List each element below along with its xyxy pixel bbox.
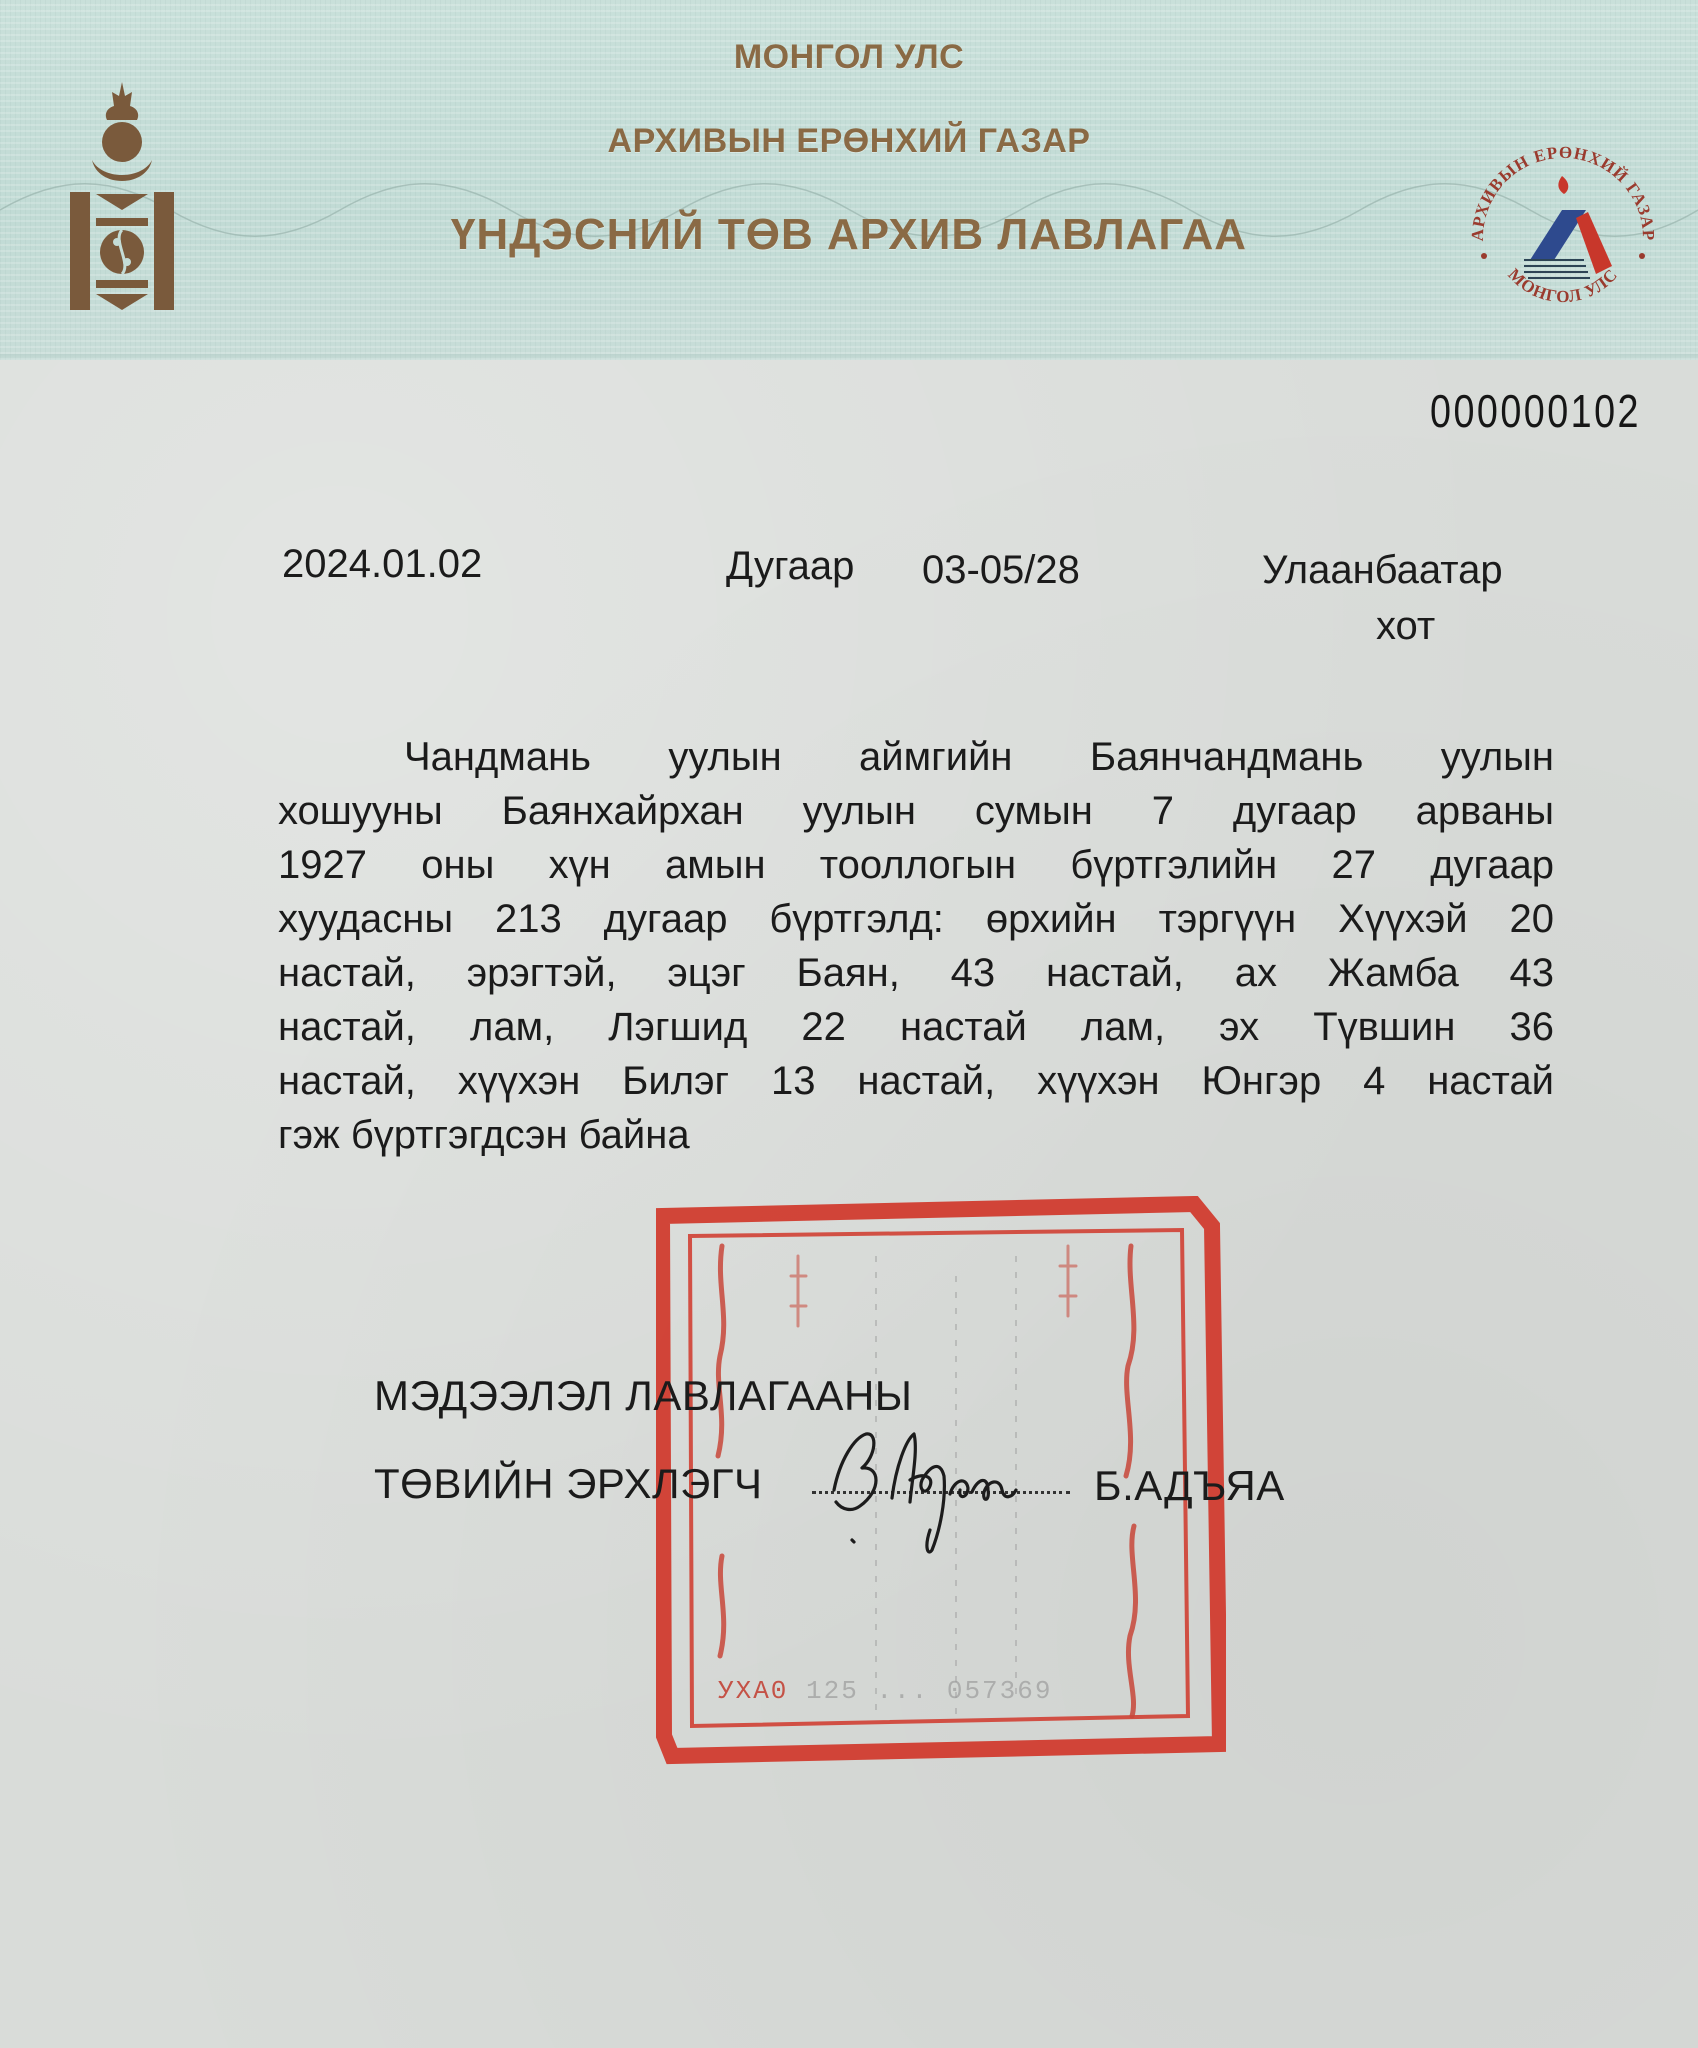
document-number: 03-05/28 — [922, 548, 1080, 593]
body-line: Чандмань уулын аймгийн Баянчандмань уулы… — [278, 730, 1554, 784]
body-line: хуудасны 213 дугаар бүртгэлд: өрхийн тэр… — [278, 892, 1554, 946]
signatory-title-line1: МЭДЭЭЛЭЛ ЛАВЛАГААНЫ — [374, 1372, 912, 1420]
document-number-label: Дугаар — [726, 544, 854, 589]
agency-heading: АРХИВЫН ЕРӨНХИЙ ГАЗАР — [0, 122, 1698, 161]
body-line: хошууны Баянхайрхан уулын сумын 7 дугаар… — [278, 784, 1554, 838]
body-line: настай, хүүхэн Билэг 13 настай, хүүхэн Ю… — [278, 1054, 1554, 1108]
signatory-title-line2: ТӨВИЙН ЭРХЛЭГЧ — [374, 1460, 763, 1508]
stamp-code: УХА0 125 ... 057369 — [718, 1676, 1052, 1706]
issue-city: Улаанбаатар — [1262, 548, 1503, 593]
signatory-name: Б.АДЪЯА — [1094, 1462, 1285, 1510]
body-line: гэж бүртгэгдсэн байна — [278, 1108, 1554, 1162]
reference-body: Чандмань уулын аймгийн Баянчандмань уулы… — [278, 730, 1554, 1162]
stamp-code-rest: 125 ... 057369 — [806, 1676, 1052, 1706]
document-title: ҮНДЭСНИЙ ТӨВ АРХИВ ЛАВЛАГАА — [0, 210, 1698, 260]
body-line: настай, эрэгтэй, эцэг Баян, 43 настай, а… — [278, 946, 1554, 1000]
header-band: МОНГОЛ УЛС АРХИВЫН ЕРӨНХИЙ ГАЗАР ҮНДЭСНИ… — [0, 0, 1698, 360]
soyombo-emblem-icon — [62, 80, 182, 310]
stamp-code-prefix: УХА0 — [718, 1676, 788, 1706]
issue-city-suffix: хот — [1376, 604, 1435, 649]
document-date: 2024.01.02 — [282, 542, 482, 587]
country-heading: МОНГОЛ УЛС — [0, 38, 1698, 77]
body-line: настай, лам, Лэгшид 22 настай лам, эх Тү… — [278, 1000, 1554, 1054]
archive-agency-logo-icon: АРХИВЫН ЕРӨНХИЙ ГАЗАР МОНГОЛ УЛС — [1458, 128, 1668, 338]
serial-number: 000000102 — [1430, 384, 1641, 438]
svg-text:МОНГОЛ УЛС: МОНГОЛ УЛС — [1504, 265, 1621, 306]
body-line: 1927 оны хүн амын тооллогын бүртгэлийн 2… — [278, 838, 1554, 892]
handwritten-signature-icon — [822, 1420, 1072, 1560]
logo-ring-bottom: МОНГОЛ УЛС — [1504, 265, 1621, 306]
